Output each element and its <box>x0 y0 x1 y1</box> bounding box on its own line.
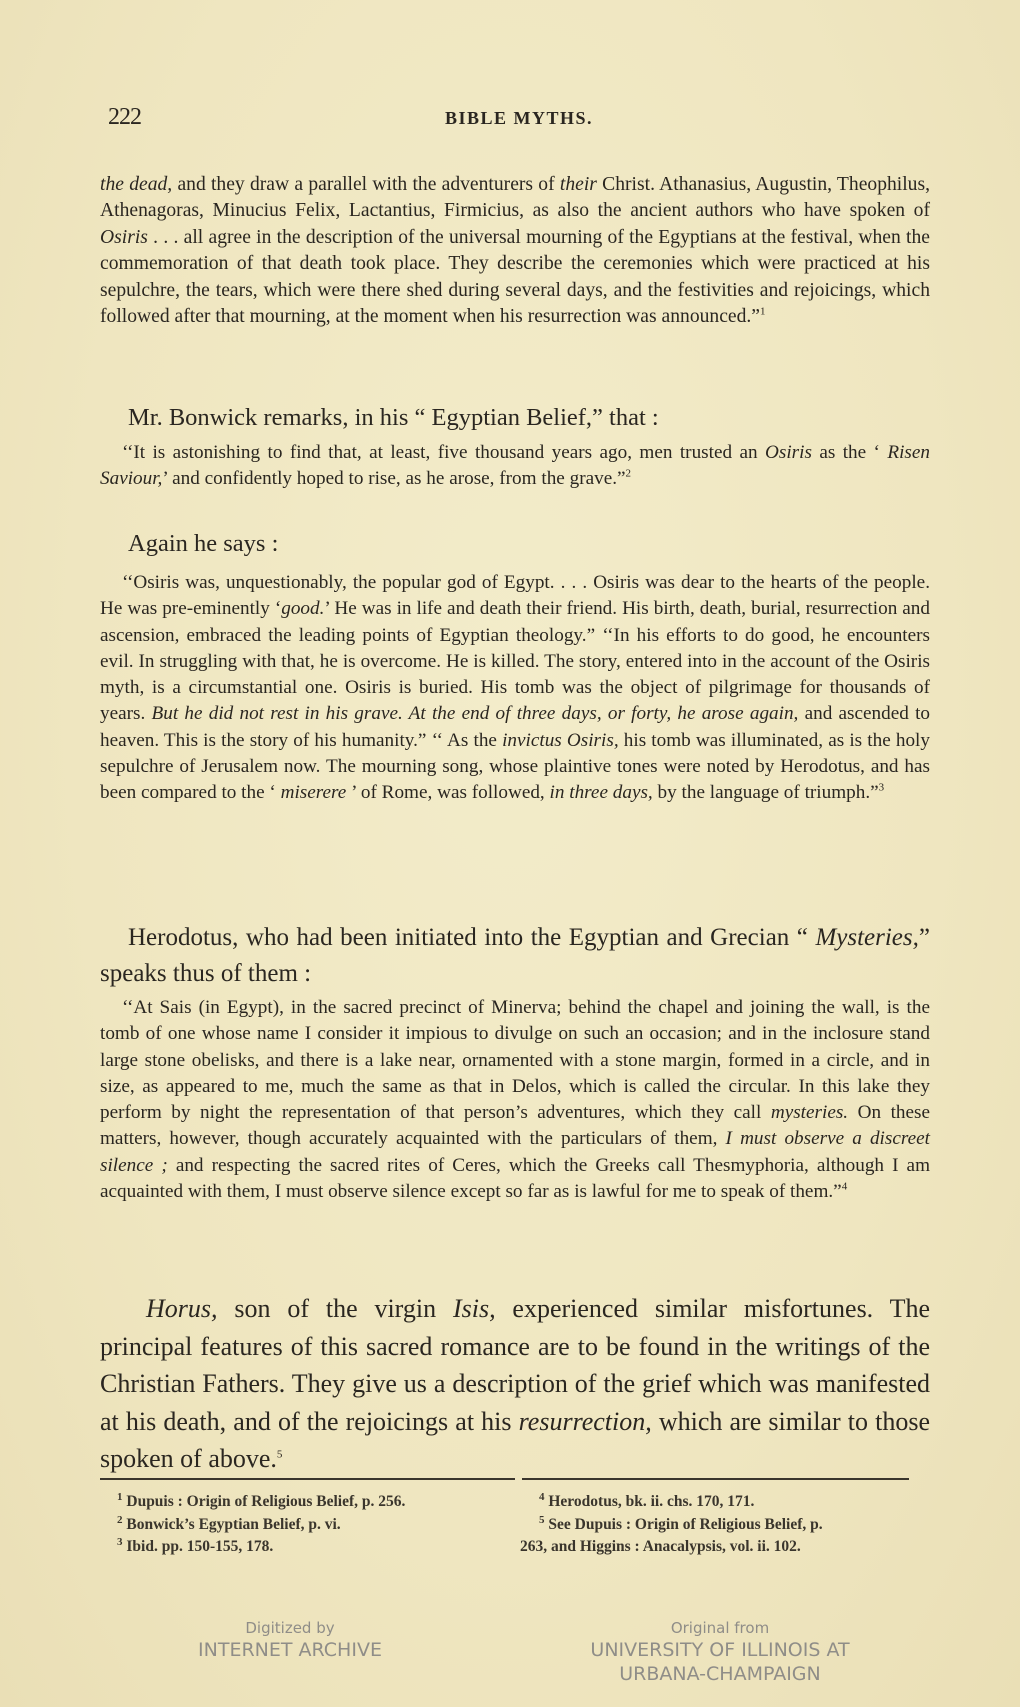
italic-text: in three days, <box>550 782 653 803</box>
paragraph-continuation: the dead, and they draw a parallel with … <box>100 172 930 330</box>
italic-text: their <box>560 174 597 195</box>
footnote-ref[interactable]: 4 <box>842 1181 848 1193</box>
italic-text: Osiris <box>765 442 812 463</box>
footnotes-left-column: 1 Dupuis : Origin of Religious Belief, p… <box>117 1491 507 1559</box>
italic-text: miserere <box>281 782 347 803</box>
footnote-ref[interactable]: 3 <box>879 782 885 794</box>
quote-herodotus: ‘‘At Sais (in Egypt), in the sacred prec… <box>100 995 930 1205</box>
book-page: 222 BIBLE MYTHS. the dead, and they draw… <box>0 0 1020 1707</box>
footnote-5: 5 See Dupuis : Origin of Religious Belie… <box>520 1514 920 1537</box>
footnote-5-continued: 263, and Higgins : Anacalypsis, vol. ii.… <box>520 1536 920 1559</box>
footnote-ref[interactable]: 1 <box>760 306 766 318</box>
footnote-2: 2 Bonwick’s Egyptian Belief, p. vi. <box>117 1514 507 1537</box>
footnote-ref[interactable]: 2 <box>626 468 632 480</box>
paragraph-horus: Horus, son of the virgin Isis, experienc… <box>100 1290 930 1478</box>
italic-text: good. <box>281 598 324 619</box>
footnote-1: 1 Dupuis : Origin of Religious Belief, p… <box>117 1491 507 1514</box>
footnote-4: 4 Herodotus, bk. ii. chs. 170, 171. <box>520 1491 920 1514</box>
digitized-by-watermark: Digitized by INTERNET ARCHIVE <box>190 1618 390 1662</box>
italic-text: invictus Osiris, <box>502 730 619 751</box>
paragraph-herodotus: Herodotus, who had been initiated into t… <box>100 920 930 992</box>
italic-text: Mysteries, <box>815 924 918 951</box>
italic-text: mysteries. <box>771 1102 848 1123</box>
quote-bonwick-2: ‘‘Osiris was, unquestionably, the popula… <box>100 570 930 807</box>
footnote-divider-right <box>522 1478 909 1480</box>
italic-text: Osiris <box>100 227 148 248</box>
running-title: BIBLE MYTHS. <box>108 108 930 129</box>
footnotes-right-column: 4 Herodotus, bk. ii. chs. 170, 171. 5 Se… <box>520 1491 920 1559</box>
footnote-ref[interactable]: 5 <box>277 1448 283 1460</box>
original-from-watermark: Original from UNIVERSITY OF ILLINOIS AT … <box>560 1618 880 1686</box>
italic-text: Horus, <box>146 1294 218 1323</box>
footnote-3: 3 Ibid. pp. 150-155, 178. <box>117 1536 507 1559</box>
italic-text: resurrection, <box>519 1407 652 1436</box>
italic-text: the dead, <box>100 174 172 195</box>
quote-bonwick-1: ‘‘It is astonishing to find that, at lea… <box>100 440 930 493</box>
paragraph-bonwick: Mr. Bonwick remarks, in his “ Egyptian B… <box>100 400 930 435</box>
footnote-divider-left <box>100 1478 515 1480</box>
paragraph-again: Again he says : <box>100 526 930 561</box>
running-head: 222 BIBLE MYTHS. <box>108 104 930 134</box>
italic-text: Isis, <box>453 1294 496 1323</box>
italic-text: But he did not rest in his grave. At the… <box>152 703 799 724</box>
